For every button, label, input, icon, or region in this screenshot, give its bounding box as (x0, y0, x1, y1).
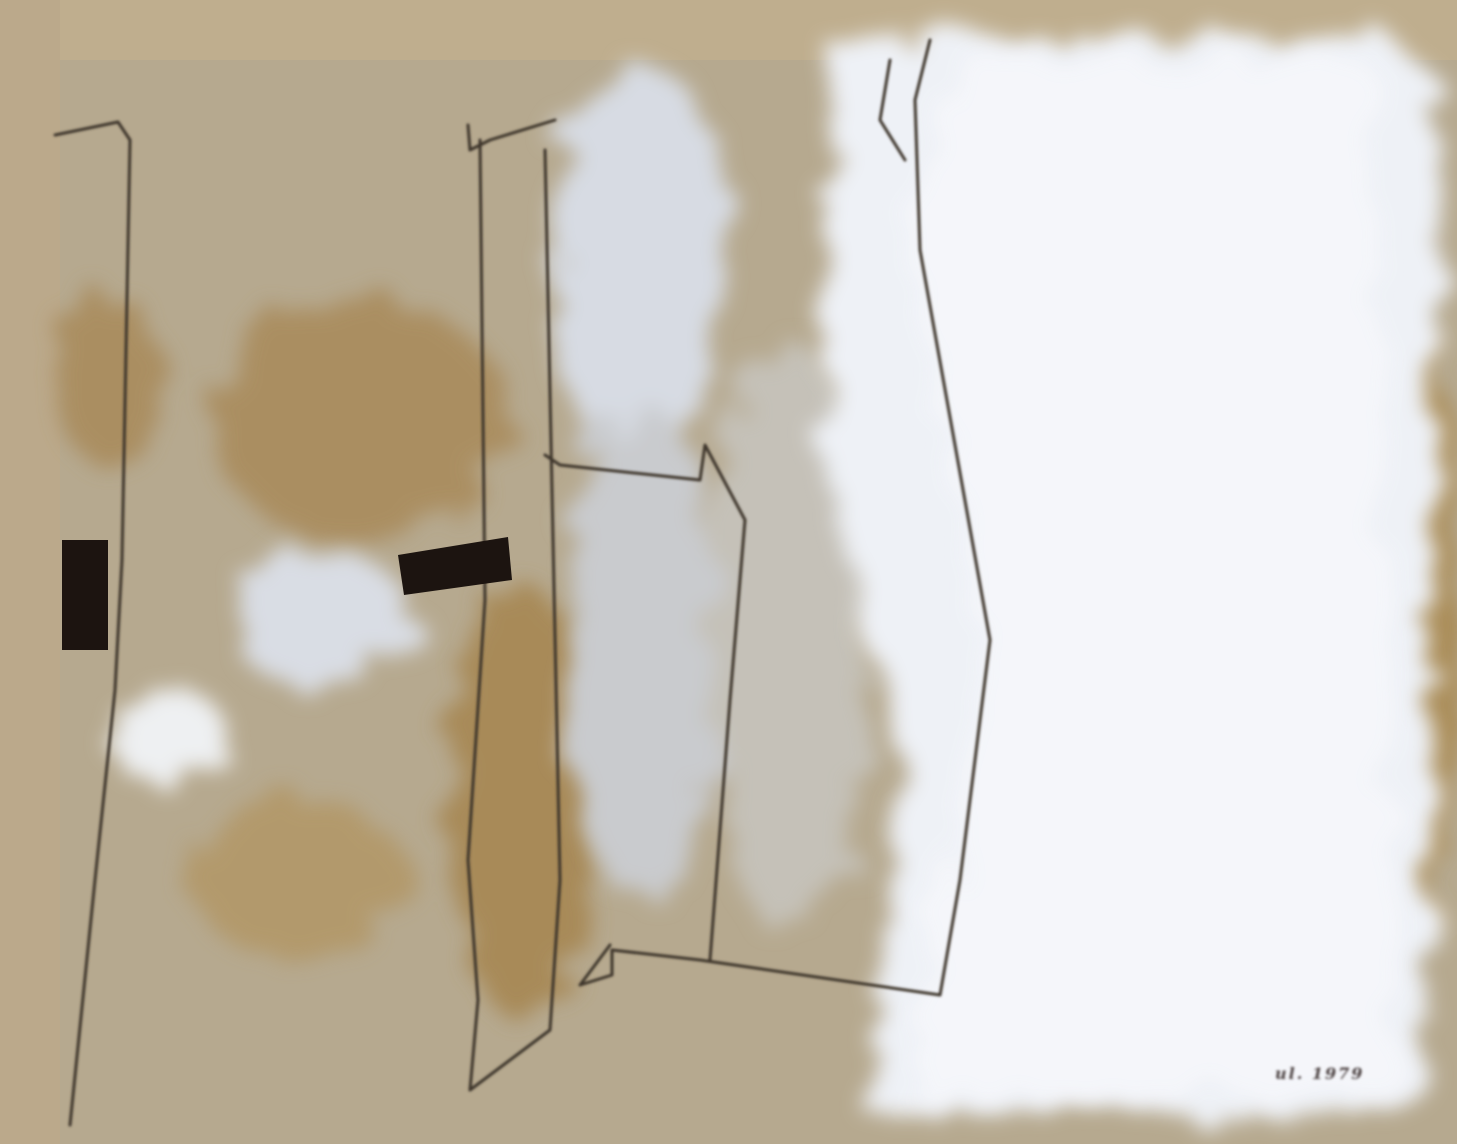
abstract-painting: ul. 1979 (0, 0, 1457, 1144)
artist-signature: ul. 1979 (1275, 1064, 1364, 1083)
painting-canvas (0, 0, 1457, 1144)
